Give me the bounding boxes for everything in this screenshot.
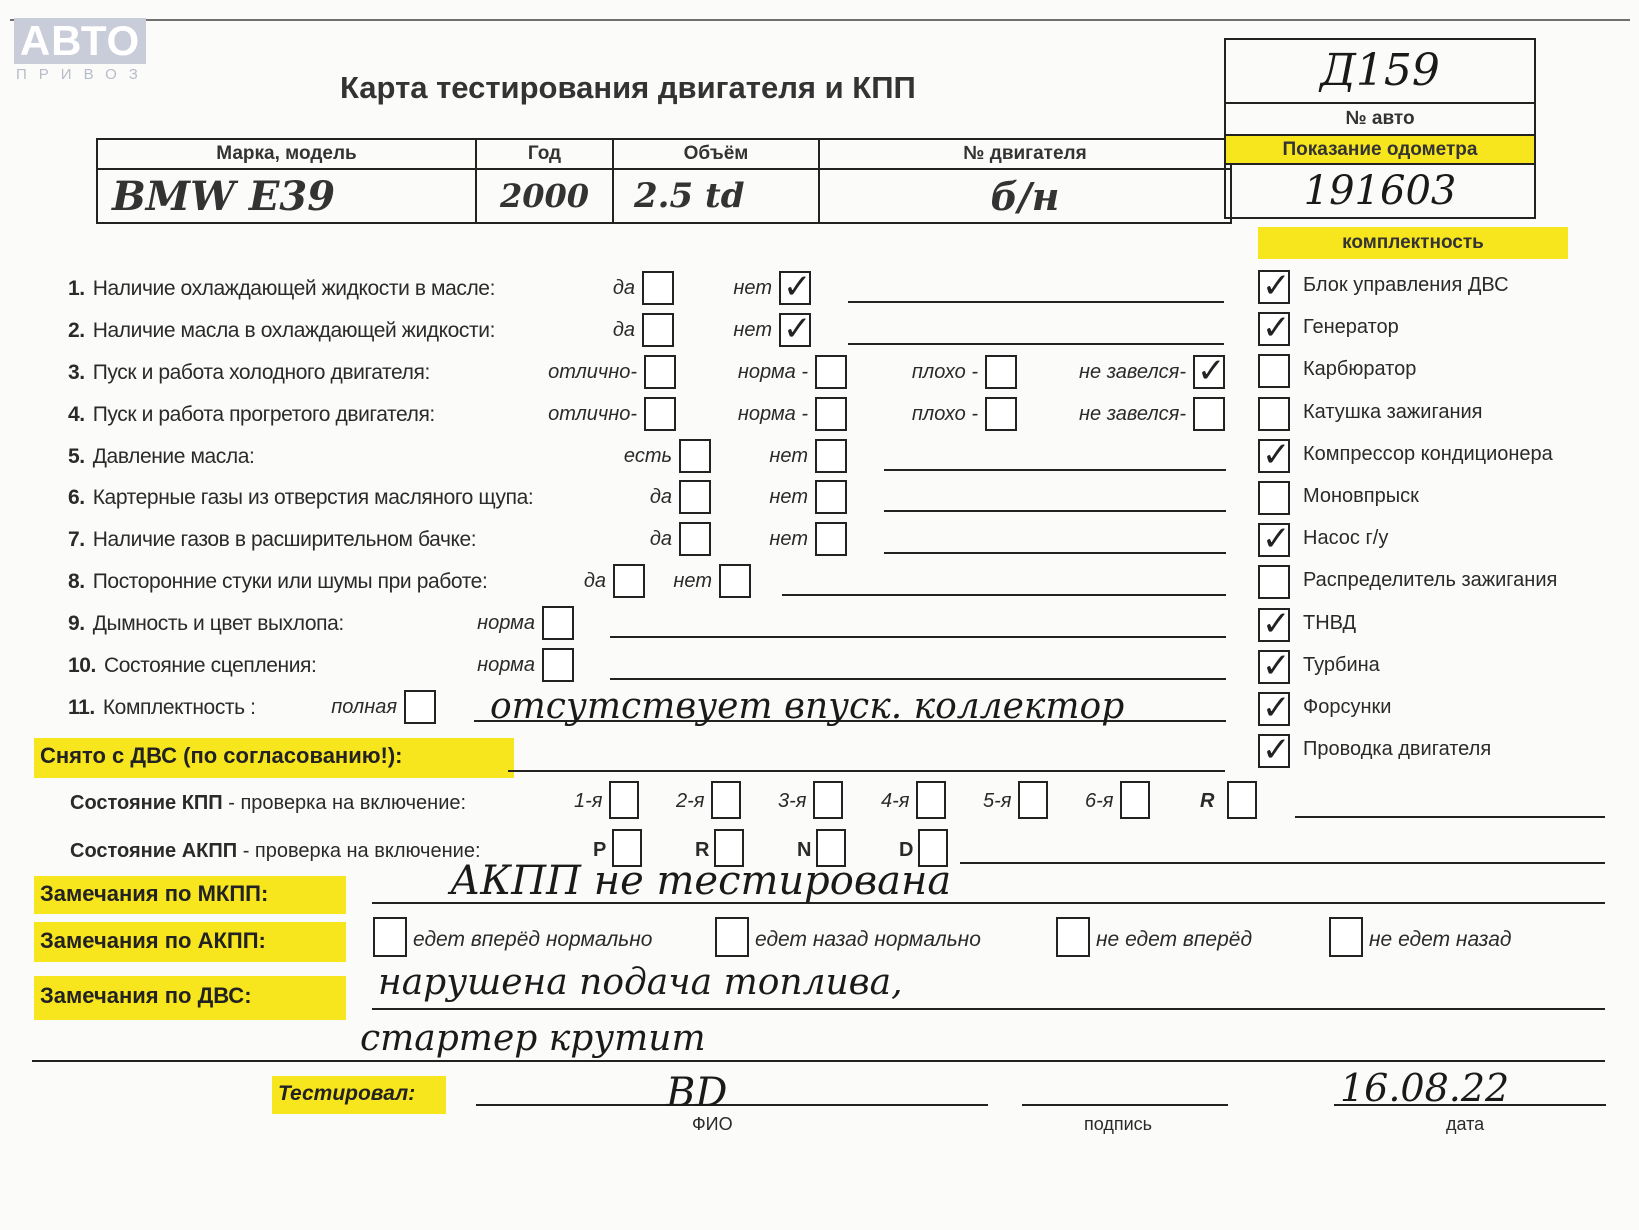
odometer-label: Показание одометра [1226,136,1534,165]
checkbox[interactable] [542,606,574,640]
gear-label: R [1200,790,1214,813]
checklist-item-text: Давление масла: [93,445,255,468]
checklist-item-number: 9. [68,612,85,635]
checklist-option-label: нет [733,319,772,342]
gear-checkbox[interactable] [609,781,639,819]
checklist-item-number: 7. [68,528,85,551]
checklist-option-label: нет [769,445,808,468]
checklist-item-number: 1. [68,277,85,300]
completeness-item-label: Проводка двигателя [1303,738,1491,761]
akpp-remark-label: не едет вперёд [1096,928,1252,952]
completeness-item-label: Моновпрыск [1303,485,1419,508]
gear-label: 3-я [778,790,806,813]
completeness-item-label: Генератор [1303,316,1399,339]
completeness-checkbox[interactable] [1258,397,1290,431]
checklist-option-label: есть [624,445,672,468]
checkbox[interactable] [644,397,676,431]
gear-label: 1-я [574,790,602,813]
checklist-option-label: норма [477,612,535,635]
checklist-option-label: нет [733,277,772,300]
date-caption: дата [1446,1114,1484,1135]
date-field[interactable]: 16.08.22 [1340,1066,1509,1110]
gear-label: 2-я [676,790,704,813]
checklist-item-text: Наличие охлаждающей жидкости в масле: [93,277,495,300]
checklist-option-label: нет [769,528,808,551]
checklist-item-label: 7.Наличие газов в расширительном бачке: [68,528,476,552]
checklist-option-label: плохо - [912,403,978,426]
tested-by-label: Тестировал: [272,1076,446,1114]
tester-name-field[interactable]: BD [666,1070,727,1116]
completeness-item-label: Блок управления ДВС [1303,274,1509,297]
checklist-option-label: да [584,570,606,593]
vehicle-info-table: Марка, модель Год Объём № двигателя BMW … [96,138,1232,224]
completeness-checkbox[interactable] [1258,650,1290,684]
auto-gearbox-title: Состояние АКПП [70,840,237,862]
checklist-option-label: да [650,528,672,551]
col-header-engine-number: № двигателя [819,139,1231,169]
completeness-checkbox[interactable] [1258,481,1290,515]
checklist-item-label: 10.Состояние сцепления: [68,654,316,678]
akpp-remark-checkbox[interactable] [1056,917,1090,957]
checklist-item-label: 3.Пуск и работа холодного двигателя: [68,361,430,385]
engine-remarks-label: Замечания по ДВС: [34,976,346,1020]
checklist-option-label: норма - [738,403,808,426]
manual-gearbox-line[interactable] [1295,816,1605,818]
checkbox[interactable] [613,564,645,598]
gear-checkbox[interactable] [916,781,946,819]
checkbox[interactable] [815,439,847,473]
checklist-option-label: да [613,319,635,342]
auto-gearbox-line[interactable] [960,862,1605,864]
checklist-comment-line[interactable] [884,552,1226,554]
completeness-checkbox[interactable] [1258,608,1290,642]
completeness-checkbox[interactable] [1258,523,1290,557]
odometer-field[interactable]: 191603 [1226,165,1534,217]
akpp-remark-label: едет вперёд нормально [413,928,652,952]
year-field[interactable]: 2000 [476,169,613,223]
checklist-item-label: 2.Наличие масла в охлаждающей жидкости: [68,319,495,343]
gear-label: 4-я [881,790,909,813]
checklist-option-label: нет [673,570,712,593]
checklist-item-number: 2. [68,319,85,342]
checkbox[interactable] [985,355,1017,389]
checkbox[interactable] [644,355,676,389]
checklist-comment-line[interactable] [782,594,1226,596]
checkbox[interactable] [779,313,811,347]
checklist-comment-line[interactable] [884,510,1226,512]
auto-number-field[interactable]: Д159 [1226,40,1534,104]
manual-gearbox-title: Состояние КПП [70,792,223,814]
checklist-item-label: 4.Пуск и работа прогретого двигателя: [68,403,435,427]
checklist-item-text: Наличие газов в расширительном бачке: [93,528,477,551]
completeness-item-label: Турбина [1303,654,1380,677]
signature-caption: подпись [1084,1114,1152,1135]
top-border [10,19,1630,21]
checklist-item-label: 9.Дымность и цвет выхлопа: [68,612,344,636]
engine-remarks-line-1[interactable] [372,1008,1605,1010]
auto-number-box: Д159 № авто Показание одометра 191603 [1224,38,1536,219]
page-title: Карта тестирования двигателя и КПП [340,70,916,106]
checklist-item-label: 1.Наличие охлаждающей жидкости в масле: [68,277,495,301]
completeness-item-label: Карбюратор [1303,358,1416,381]
akpp-remark-label: едет назад нормально [755,928,981,952]
completeness-item-label: Компрессор кондиционера [1303,443,1553,466]
checklist-item-number: 5. [68,445,85,468]
col-header-make-model: Марка, модель [97,139,476,169]
checklist-item-text: Картерные газы из отверстия масляного щу… [93,486,534,509]
akpp-remarks-label: Замечания по АКПП: [34,922,346,962]
checkbox[interactable] [1193,397,1225,431]
checklist-comment-line[interactable] [848,343,1224,345]
completeness-checkbox[interactable] [1258,312,1290,346]
checkbox[interactable] [642,271,674,305]
checkbox[interactable] [779,271,811,305]
auto-number-label: № авто [1226,104,1534,136]
checklist-item-label: 11.Комплектность : [68,696,256,720]
engine-number-field[interactable]: б/н [819,169,1231,223]
completeness-checkbox[interactable] [1258,734,1290,768]
checklist-option-label: отлично- [548,403,637,426]
logo-subtitle: ПРИВОЗ [16,66,150,83]
checklist-option-label: полная [331,696,397,719]
checklist-item-text: Наличие масла в охлаждающей жидкости: [93,319,495,342]
manual-gearbox-subtitle: - проверка на включение: [223,792,466,814]
completeness-note[interactable]: отсутствует впуск. коллектор [490,686,1124,727]
checkbox[interactable] [815,397,847,431]
col-header-year: Год [476,139,613,169]
checklist-option-label: норма [477,654,535,677]
checkbox[interactable] [679,439,711,473]
checklist-option-label: отлично- [548,361,637,384]
akpp-remark-checkbox[interactable] [715,917,749,957]
checklist-item-text: Комплектность : [103,696,256,719]
checkbox[interactable] [679,522,711,556]
name-line[interactable] [476,1104,988,1106]
completeness-checkbox[interactable] [1258,354,1290,388]
completeness-checkbox[interactable] [1258,565,1290,599]
removed-from-engine-label: Снято с ДВС (по согласованию!): [34,738,514,778]
engine-remarks-note-2[interactable]: стартер крутит [360,1018,706,1059]
checklist-item-number: 10. [68,654,96,677]
checkbox[interactable] [815,480,847,514]
checklist-item-label: 5.Давление масла: [68,445,254,469]
removed-from-engine-line[interactable] [508,770,1225,772]
checklist-option-label: нет [769,486,808,509]
gear-checkbox[interactable] [1018,781,1048,819]
mkpp-remarks-label: Замечания по МКПП: [34,876,346,914]
mkpp-remarks-note[interactable]: АКПП не тестирована [450,858,951,904]
manual-gearbox-label: Состояние КПП - проверка на включение: [70,792,466,815]
gear-checkbox[interactable] [1227,781,1257,819]
col-header-volume: Объём [613,139,819,169]
checkbox[interactable] [542,648,574,682]
checkbox[interactable] [642,313,674,347]
checklist-item-label: 6.Картерные газы из отверстия масляного … [68,486,533,510]
completeness-checkbox[interactable] [1258,270,1290,304]
checkbox[interactable] [985,397,1017,431]
checklist-option-label: не завелся- [1079,403,1186,426]
checklist-item-text: Состояние сцепления: [104,654,316,677]
checklist-item-number: 4. [68,403,85,426]
volume-field[interactable]: 2.5 td [613,169,819,223]
completeness-item-label: Распределитель зажигания [1303,569,1557,592]
akpp-remark-label: не едет назад [1369,928,1511,952]
akpp-remark-checkbox[interactable] [373,917,407,957]
gear-checkbox[interactable] [711,781,741,819]
checklist-comment-line[interactable] [884,469,1226,471]
checklist-item-number: 3. [68,361,85,384]
checkbox[interactable] [1193,355,1225,389]
checklist-option-label: не завелся- [1079,361,1186,384]
checklist-item-text: Пуск и работа холодного двигателя: [93,361,430,384]
logo: АВТО [14,18,146,64]
checklist-option-label: да [613,277,635,300]
checklist-option-label: плохо - [912,361,978,384]
make-model-field[interactable]: BMW E39 [97,169,476,223]
akpp-remark-checkbox[interactable] [1329,917,1363,957]
gear-checkbox[interactable] [813,781,843,819]
completeness-item-label: ТНВД [1303,612,1356,635]
checkbox[interactable] [719,564,751,598]
name-caption: ФИО [692,1114,733,1135]
checklist-item-label: 8.Посторонние стуки или шумы при работе: [68,570,487,594]
checkbox[interactable] [815,522,847,556]
completeness-item-label: Насос г/у [1303,527,1388,550]
engine-remarks-line-2[interactable] [32,1060,1605,1062]
engine-remarks-note-1[interactable]: нарушена подача топлива, [378,962,903,1003]
checklist-item-text: Посторонние стуки или шумы при работе: [93,570,488,593]
checklist-option-label: норма - [738,361,808,384]
checkbox[interactable] [404,690,436,724]
completeness-header: комплектность [1258,227,1568,259]
checklist-item-number: 6. [68,486,85,509]
checklist-comment-line[interactable] [610,678,1226,680]
gear-label: 5-я [983,790,1011,813]
checklist-comment-line[interactable] [610,636,1226,638]
completeness-checkbox[interactable] [1258,692,1290,726]
checklist-option-label: да [650,486,672,509]
gear-label: 6-я [1085,790,1113,813]
checklist-item-number: 8. [68,570,85,593]
checklist-item-text: Дымность и цвет выхлопа: [93,612,344,635]
checkbox[interactable] [815,355,847,389]
checklist-item-number: 11. [68,696,95,719]
auto-gearbox-subtitle: - проверка на включение: [237,840,480,862]
completeness-item-label: Форсунки [1303,696,1391,719]
auto-gearbox-label: Состояние АКПП - проверка на включение: [70,840,481,863]
gear-checkbox[interactable] [1120,781,1150,819]
completeness-item-label: Катушка зажигания [1303,401,1483,424]
checklist-comment-line[interactable] [848,301,1224,303]
checklist-item-text: Пуск и работа прогретого двигателя: [93,403,435,426]
checkbox[interactable] [679,480,711,514]
signature-line[interactable] [1022,1104,1228,1106]
completeness-checkbox[interactable] [1258,439,1290,473]
